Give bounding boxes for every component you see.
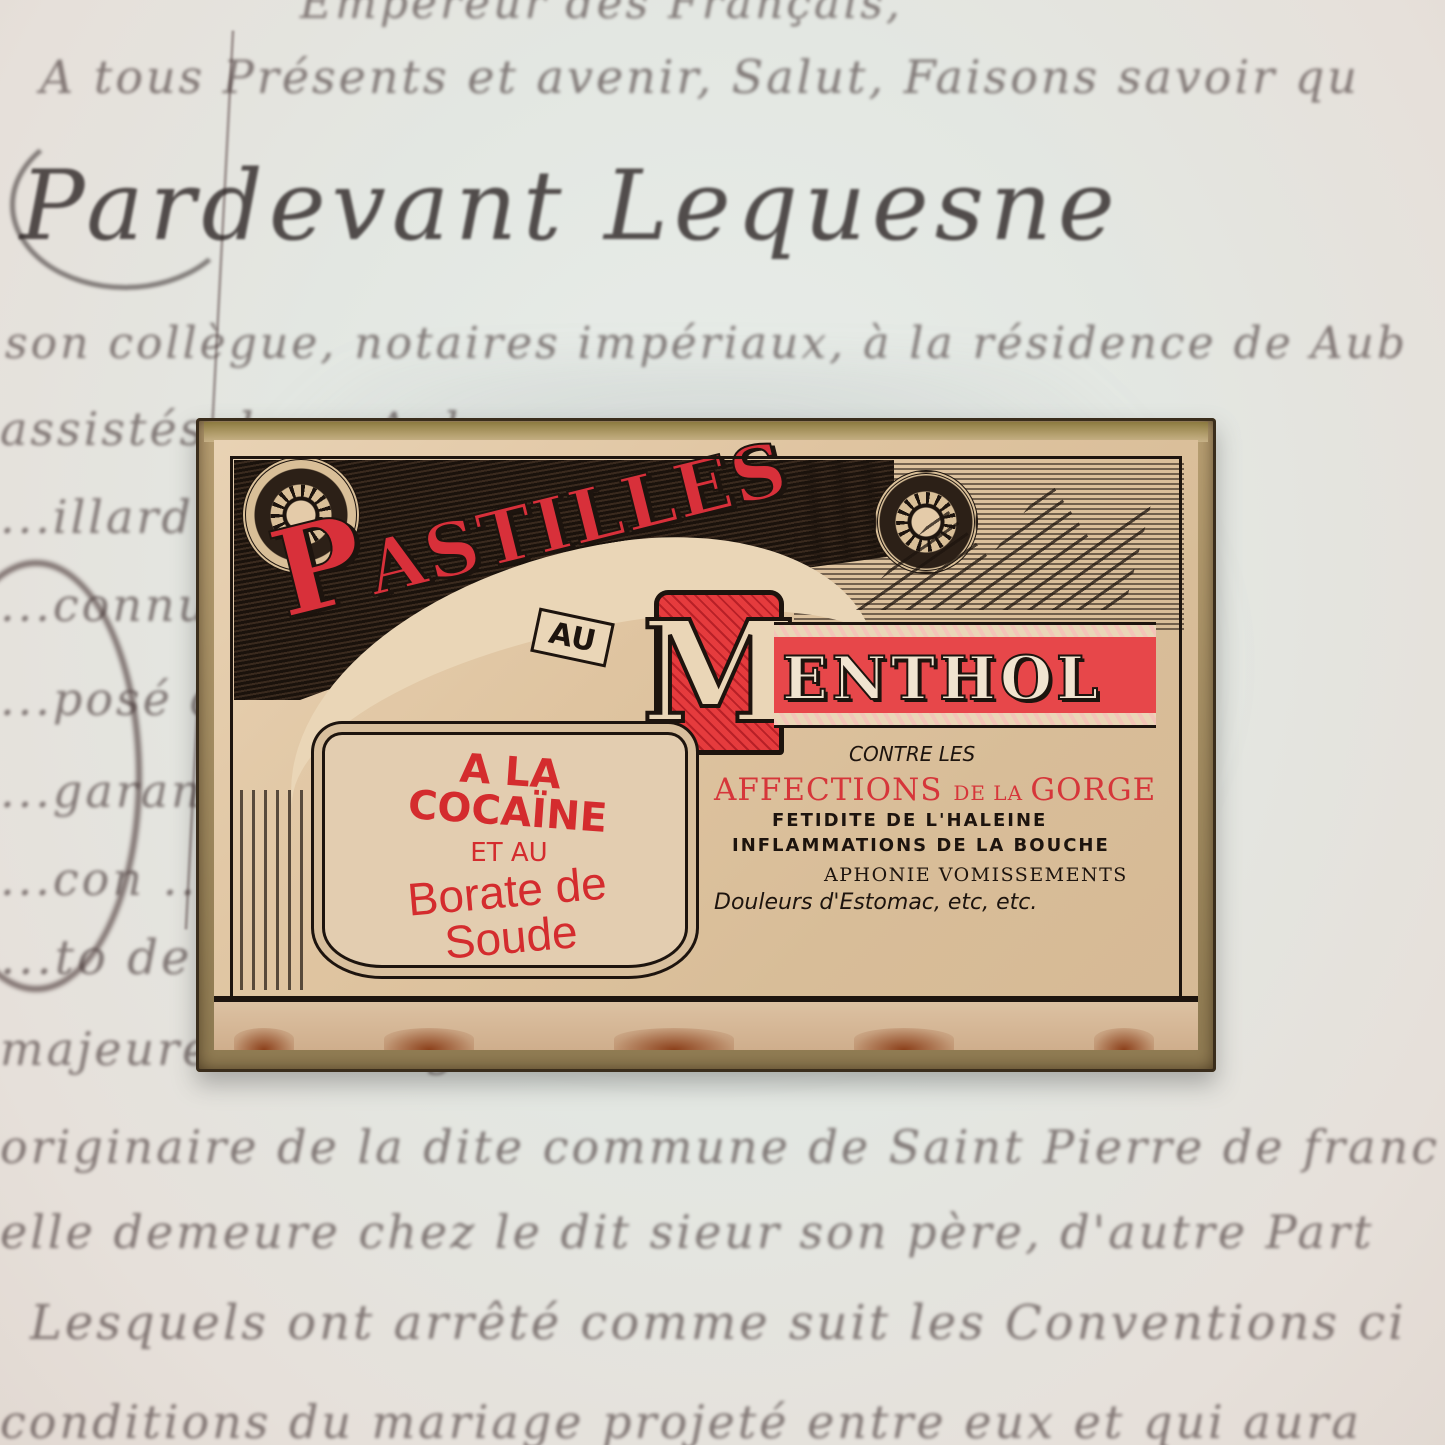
document-line: elle demeure chez le dit sieur son père,… <box>0 1205 1374 1259</box>
rust-spot <box>384 1028 474 1050</box>
rust-spot <box>234 1028 294 1050</box>
document-heading-line: Pardevant Lequesne <box>20 150 1121 262</box>
rust-spot <box>614 1028 734 1050</box>
document-line: Empereur des Français, <box>300 0 903 29</box>
rust-spot <box>854 1028 954 1050</box>
tin-label: PASTILLES AU M ENTHOL A LA COCAÏNE ET AU… <box>214 440 1198 1050</box>
tin-bottom-strip <box>214 1002 1198 1050</box>
label-frame <box>230 456 1182 1002</box>
document-line: A tous Présents et avenir, Salut, Faison… <box>40 50 1360 104</box>
document-line: Lesquels ont arrêté comme suit les Conve… <box>30 1295 1407 1351</box>
document-line: conditions du mariage projeté entre eux … <box>0 1395 1362 1445</box>
document-line: originaire de la dite commune de Saint P… <box>0 1120 1440 1174</box>
rust-spot <box>1094 1028 1154 1050</box>
pastille-tin: PASTILLES AU M ENTHOL A LA COCAÏNE ET AU… <box>196 418 1216 1072</box>
